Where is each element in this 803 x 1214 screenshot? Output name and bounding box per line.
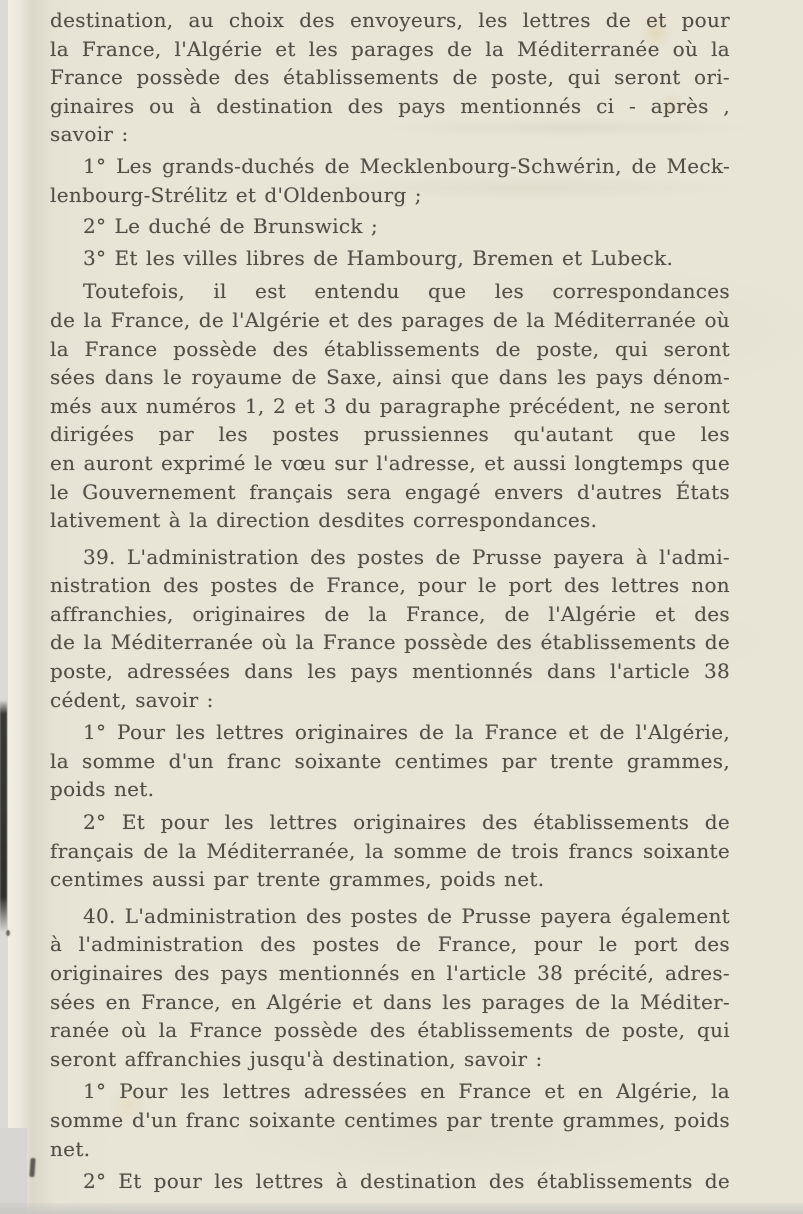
text-line: sées en France, en Algérie et dans les p… xyxy=(50,988,730,1017)
text-line: centimes aussi par trente grammes, poids… xyxy=(50,865,730,894)
scanned-document: destination, au choix des envoyeurs, les… xyxy=(0,0,803,1214)
text-line: savoir : xyxy=(50,120,730,149)
text-line: més aux numéros 1, 2 et 3 du paragraphe … xyxy=(50,392,730,421)
text-line: 1° Pour les lettres originaires de la Fr… xyxy=(50,718,730,747)
text-line: dirigées par les postes prussiennes qu'a… xyxy=(50,420,730,449)
text-line: français de la Méditerranée, la somme de… xyxy=(50,837,730,866)
list-item-1-mecklenbourg: 1° Les grands-duchés de Mecklenbourg-Sch… xyxy=(50,152,730,209)
text-line: ranée où la France possède des établisse… xyxy=(50,1016,730,1045)
text-line: 1° Pour les lettres adressées en France … xyxy=(50,1077,730,1106)
text-line: 2° Et pour les lettres originaires des é… xyxy=(50,808,730,837)
scan-corner-bottom-left xyxy=(0,1128,27,1214)
list-item-2-brunswick: 2° Le duché de Brunswick ; xyxy=(50,212,730,241)
text-line: poste, adressées dans les pays mentionné… xyxy=(50,657,730,686)
list-item-3-villes-libres: 3° Et les villes libres de Hambourg, Bre… xyxy=(50,244,730,273)
text-line: à l'administration des postes de France,… xyxy=(50,930,730,959)
text-line: nistration des postes de France, pour le… xyxy=(50,571,730,600)
text-line: 1° Les grands-duchés de Mecklenbourg-Sch… xyxy=(50,152,730,181)
text-line: Toutefois, il est entendu que les corres… xyxy=(50,277,730,306)
text-line: 2° Et pour les lettres à destination des… xyxy=(50,1167,730,1196)
text-line: 40. L'administration des postes de Pruss… xyxy=(50,902,730,931)
text-line: 39. L'administration des postes de Pruss… xyxy=(50,543,730,572)
text-line: France possède des établissements de pos… xyxy=(50,63,730,92)
para-toutefois: Toutefois, il est entendu que les corres… xyxy=(50,277,730,534)
text-line: de la Méditerranée où la France possède … xyxy=(50,628,730,657)
book-page: destination, au choix des envoyeurs, les… xyxy=(8,0,803,1214)
article-39: 39. L'administration des postes de Pruss… xyxy=(50,543,730,715)
text-line: lativement à la direction desdites corre… xyxy=(50,506,730,535)
text-line: seront affranchies jusqu'à destination, … xyxy=(50,1045,730,1074)
text-line: ginaires ou à destination des pays menti… xyxy=(50,92,730,121)
article-39-item-1: 1° Pour les lettres originaires de la Fr… xyxy=(50,718,730,804)
text-line: destination, au choix des envoyeurs, les… xyxy=(50,6,730,35)
text-line: cédent, savoir : xyxy=(50,686,730,715)
article-39-item-2: 2° Et pour les lettres originaires des é… xyxy=(50,808,730,894)
text-line: lenbourg-Strélitz et d'Oldenbourg ; xyxy=(50,181,730,210)
para-destination-continuation: destination, au choix des envoyeurs, les… xyxy=(50,6,730,149)
text-line: de la France, de l'Algérie et des parage… xyxy=(50,306,730,335)
article-40-item-1: 1° Pour les lettres adressées en France … xyxy=(50,1077,730,1163)
text-line: 2° Le duché de Brunswick ; xyxy=(50,212,730,241)
text-line: net. xyxy=(50,1135,730,1164)
text-line: la France possède des établissements de … xyxy=(50,335,730,364)
article-40: 40. L'administration des postes de Pruss… xyxy=(50,902,730,1074)
page-text: destination, au choix des envoyeurs, les… xyxy=(50,6,730,1196)
text-line: somme d'un franc soixante centimes par t… xyxy=(50,1106,730,1135)
text-line: en auront exprimé le vœu sur l'adresse, … xyxy=(50,449,730,478)
ink-blot-left-edge xyxy=(0,700,7,932)
text-line: sées dans le royaume de Saxe, ainsi que … xyxy=(50,363,730,392)
scan-edge-bottom xyxy=(0,1203,803,1214)
page-edge-dot xyxy=(6,930,10,936)
text-line: originaires des pays mentionnés en l'art… xyxy=(50,959,730,988)
text-line: poids net. xyxy=(50,775,730,804)
text-line: 3° Et les villes libres de Hambourg, Bre… xyxy=(50,244,730,273)
text-line: le Gouvernement français sera engagé env… xyxy=(50,478,730,507)
text-line: la somme d'un franc soixante centimes pa… xyxy=(50,747,730,776)
article-40-item-2: 2° Et pour les lettres à destination des… xyxy=(50,1167,730,1196)
text-line: la France, l'Algérie et les parages de l… xyxy=(50,35,730,64)
text-line: affranchies, originaires de la France, d… xyxy=(50,600,730,629)
